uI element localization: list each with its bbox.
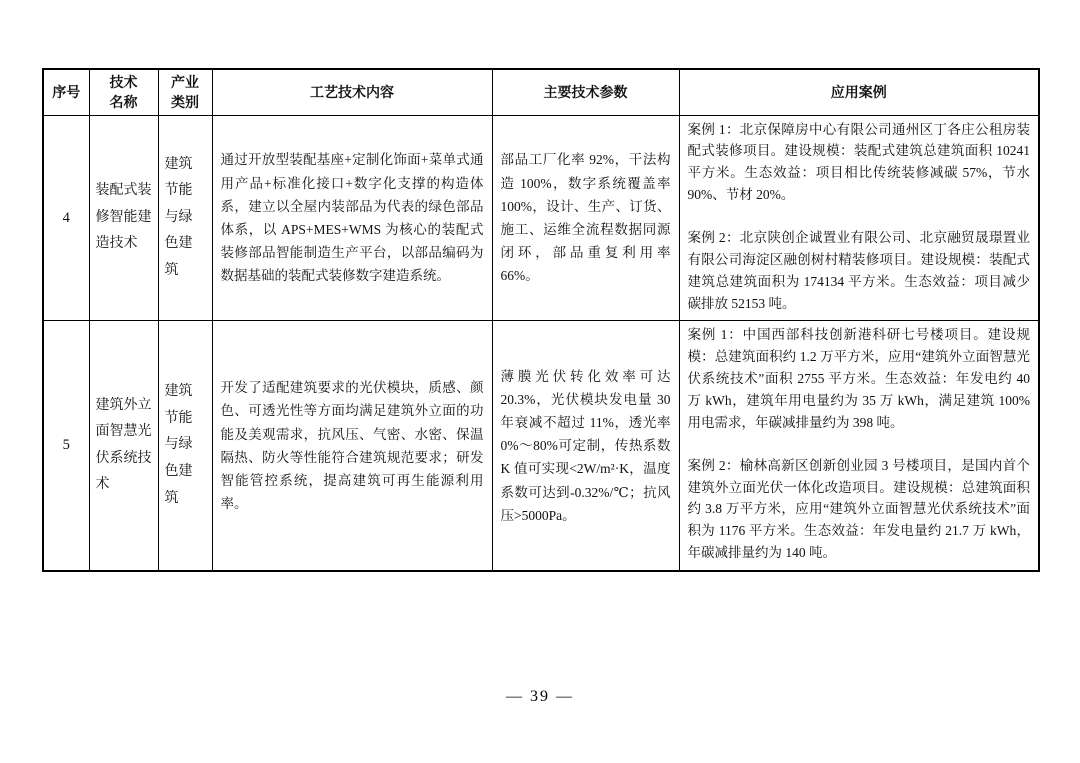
row5-process-content: 开发了适配建筑要求的光伏模块，质感、颜色、可透光性等方面均满足建筑外立面的功能及… (212, 321, 492, 571)
row4-tech-name: 装配式装修智能建造技术 (89, 115, 158, 321)
row5-case-1: 案例 1：中国西部科技创新港科研七号楼项目。建设规模：总建筑面积约 1.2 万平… (688, 324, 1031, 433)
col-header-process-content: 工艺技术内容 (212, 69, 492, 115)
row5-application-cases: 案例 1：中国西部科技创新港科研七号楼项目。建设规模：总建筑面积约 1.2 万平… (679, 321, 1039, 571)
col-header-tech-name-label: 技术名称 (109, 72, 138, 113)
row4-main-parameters: 部品工厂化率 92%，干法构造 100%，数字系统覆盖率 100%，设计、生产、… (492, 115, 679, 321)
row4-process-content: 通过开放型装配基座+定制化饰面+菜单式通用产品+标准化接口+数字化支撑的构造体系… (212, 115, 492, 321)
col-header-application-cases: 应用案例 (679, 69, 1039, 115)
row5-tech-name: 建筑外立面智慧光伏系统技术 (89, 321, 158, 571)
row4-serial-number: 4 (43, 115, 89, 321)
document-page: 序号 技术名称 产业类别 工艺技术内容 主要技术参数 应用案例 4 装配式装修智… (0, 0, 1080, 763)
row5-industry-category: 建筑节能与绿色建筑 (158, 321, 212, 571)
row4-case-1: 案例 1：北京保障房中心有限公司通州区丁各庄公租房装配式装修项目。建设规模：装配… (688, 119, 1031, 206)
row5-case-2: 案例 2：榆林高新区创新创业园 3 号楼项目，是国内首个建筑外立面光伏一体化改造… (688, 455, 1031, 564)
col-header-industry-category-label: 产业类别 (170, 72, 199, 113)
table-row-5: 5 建筑外立面智慧光伏系统技术 建筑节能与绿色建筑 开发了适配建筑要求的光伏模块… (43, 321, 1039, 571)
table-row-4: 4 装配式装修智能建造技术 建筑节能与绿色建筑 通过开放型装配基座+定制化饰面+… (43, 115, 1039, 321)
row5-serial-number: 5 (43, 321, 89, 571)
col-header-tech-name: 技术名称 (89, 69, 158, 115)
row4-case-2: 案例 2：北京陕创企诚置业有限公司、北京融贸晟璟置业有限公司海淀区融创树村精装修… (688, 227, 1031, 314)
col-header-no: 序号 (43, 69, 89, 115)
col-header-industry-category: 产业类别 (158, 69, 212, 115)
row4-application-cases: 案例 1：北京保障房中心有限公司通州区丁各庄公租房装配式装修项目。建设规模：装配… (679, 115, 1039, 321)
row5-main-parameters: 薄膜光伏转化效率可达 20.3%，光伏模块发电量 30 年衰减不超过 11%，透… (492, 321, 679, 571)
row4-industry-category: 建筑节能与绿色建筑 (158, 115, 212, 321)
page-number: — 39 — (0, 688, 1080, 706)
col-header-main-parameters: 主要技术参数 (492, 69, 679, 115)
table-header-row: 序号 技术名称 产业类别 工艺技术内容 主要技术参数 应用案例 (43, 69, 1039, 115)
technology-table: 序号 技术名称 产业类别 工艺技术内容 主要技术参数 应用案例 4 装配式装修智… (42, 68, 1040, 572)
